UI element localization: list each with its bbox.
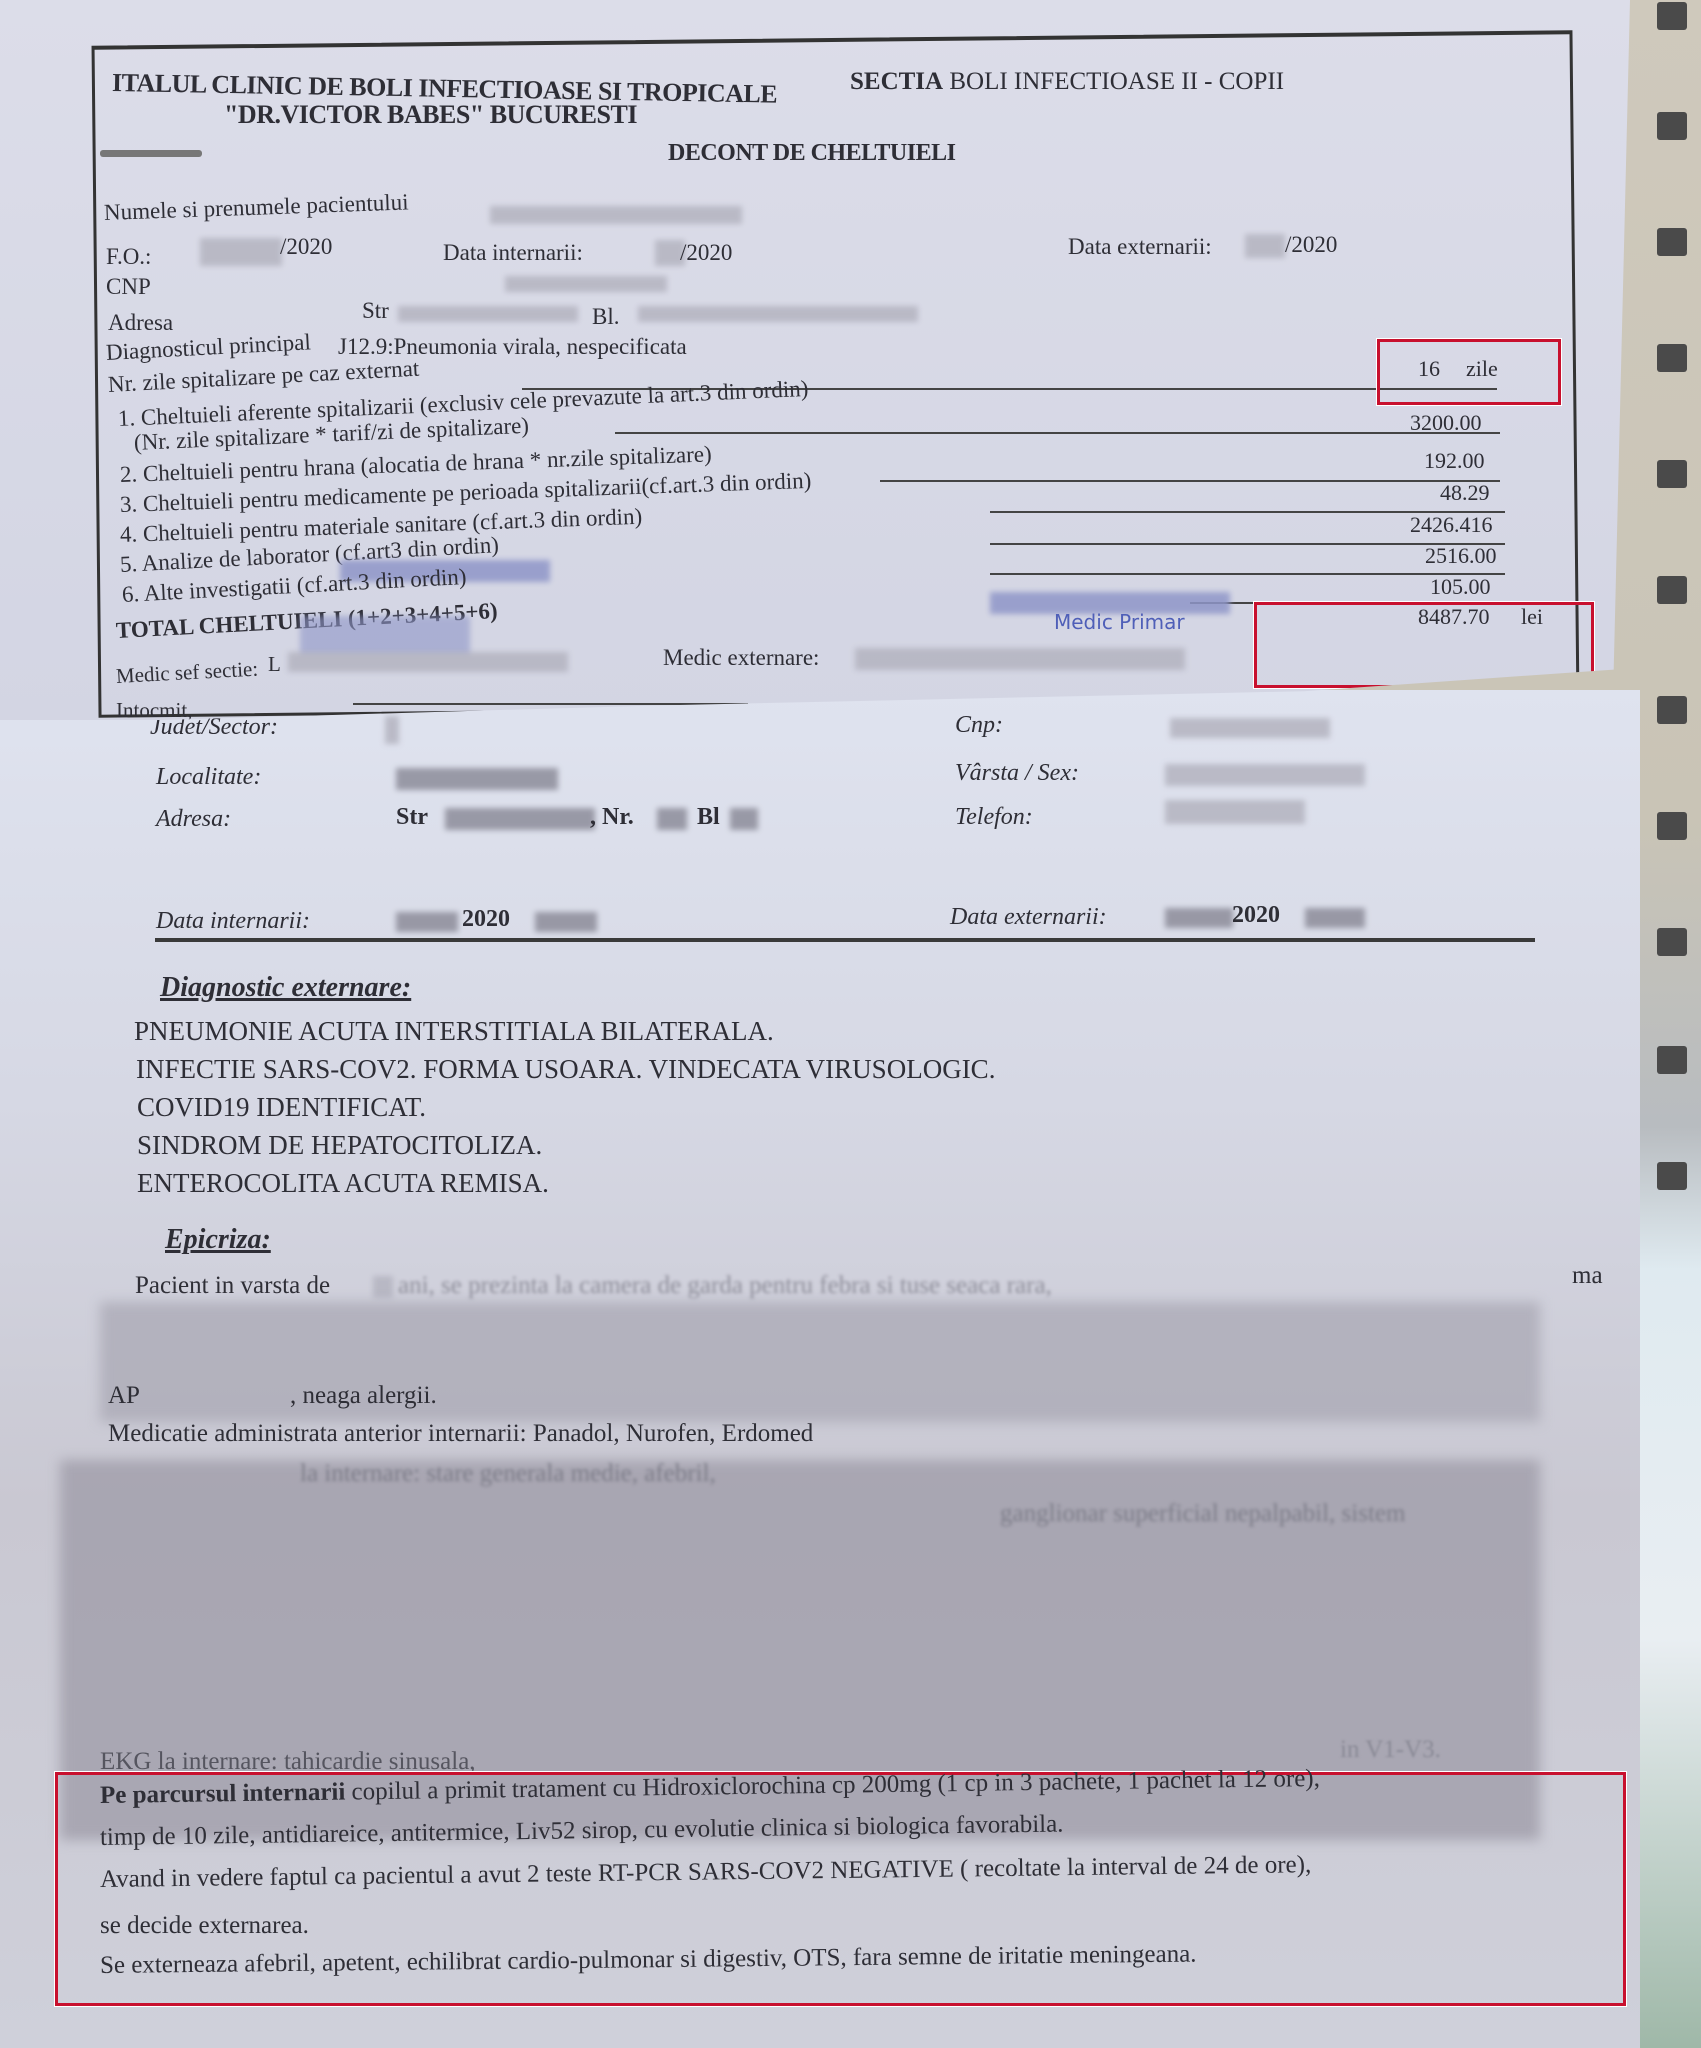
epicrisis-heading: Epicriza: <box>165 1224 271 1256</box>
discharge-date-label: Data externarii: <box>950 904 1107 931</box>
clinical-fragment: la internare: stare generala medie, afeb… <box>300 1460 716 1488</box>
address-label: Adresa <box>108 310 173 336</box>
discharge-label: Data externarii: <box>1068 234 1212 260</box>
discharge-letter-sheet: Judet/Sector: Cnp: Localitate: Vârsta / … <box>0 690 1640 2048</box>
ekg-end: in V1-V3. <box>1340 1736 1441 1764</box>
admission-value: /2020 <box>680 240 732 266</box>
diagnosis-item: INFECTIE SARS-COV2. FORMA USOARA. VINDEC… <box>136 1054 995 1085</box>
diagnosis-heading: Diagnostic externare: <box>160 972 411 1004</box>
head-doctor-initial: L <box>268 652 281 677</box>
fo-label: F.O.: <box>106 244 151 270</box>
diagnosis-item: SINDROM DE HEPATOCITOLIZA. <box>137 1130 542 1161</box>
discharge-date-value: 2020 <box>1232 902 1280 929</box>
treatment-line4: se decide externarea. <box>100 1912 309 1940</box>
phone-label: Telefon: <box>955 804 1033 831</box>
days-highlight-box <box>1377 339 1561 405</box>
diagnosis-item: COVID19 IDENTIFICAT. <box>137 1092 426 1123</box>
expense-item-6-value: 105.00 <box>1430 574 1491 600</box>
epicrisis-line1-end: ma <box>1572 1262 1603 1290</box>
expense-item-2-value: 192.00 <box>1424 448 1485 474</box>
admission-date-label: Data internarii: <box>156 908 310 935</box>
cnp-label: CNP <box>106 274 151 300</box>
address-label: Adresa: <box>156 806 231 833</box>
expense-item-3-value: 48.29 <box>1440 480 1490 506</box>
treatment-bold-lead: Pe parcursul internarii <box>100 1779 346 1809</box>
diagnosis-item: PNEUMONIE ACUTA INTERSTITIALA BILATERALA… <box>134 1016 774 1047</box>
cnp-label: Cnp: <box>955 712 1003 739</box>
expense-item-1-value: 3200.00 <box>1410 410 1482 436</box>
expense-item-4-value: 2426.416 <box>1410 512 1493 538</box>
app-line-end: , neaga alergii. <box>290 1382 437 1410</box>
address-bl: Bl <box>697 804 720 831</box>
admission-date-value: 2020 <box>462 906 510 933</box>
lymph-fragment: ganglionar superficial nepalpabil, siste… <box>1000 1500 1405 1528</box>
address-nr: , Nr. <box>590 804 634 831</box>
admission-label: Data internarii: <box>443 240 583 266</box>
discharge-doctor-label: Medic externare: <box>663 645 819 671</box>
diagnosis-item: ENTEROCOLITA ACUTA REMISA. <box>137 1168 549 1199</box>
epicrisis-line1: Pacient in varsta de <box>135 1272 330 1300</box>
discharge-value: /2020 <box>1285 232 1337 258</box>
fo-value: /2020 <box>280 234 332 260</box>
hospital-name-line2: "DR.VICTOR BABES" BUCURESTI <box>224 100 637 130</box>
expense-item-5-value: 2516.00 <box>1425 543 1497 569</box>
address-str: Str <box>362 298 389 324</box>
statement-title: DECONT DE CHELTUIELI <box>668 140 955 167</box>
address-str: Str <box>396 804 428 831</box>
address-bl: Bl. <box>592 304 619 330</box>
age-sex-label: Vârsta / Sex: <box>955 760 1079 787</box>
section-name: SECTIA BOLI INFECTIOASE II - COPII <box>850 68 1284 96</box>
prepared-by-label: Intocmit, <box>116 698 192 723</box>
doctor-stamp: Medic Primar <box>1054 610 1185 634</box>
total-highlight-box <box>1254 602 1594 688</box>
locality-label: Localitate: <box>156 764 261 791</box>
diagnosis-value: J12.9:Pneumonia virala, nespecificata <box>338 334 687 360</box>
medication-line: Medicatie administrata anterior internar… <box>108 1420 813 1448</box>
epicrisis-line1-blurred: ani, se prezinta la camera de garda pent… <box>398 1272 1052 1300</box>
expense-statement-sheet: ITALUL CLINIC DE BOLI INFECTIOASE SI TRO… <box>0 0 1630 720</box>
pen-mark <box>100 150 202 157</box>
app-line-start: AP <box>108 1382 140 1410</box>
